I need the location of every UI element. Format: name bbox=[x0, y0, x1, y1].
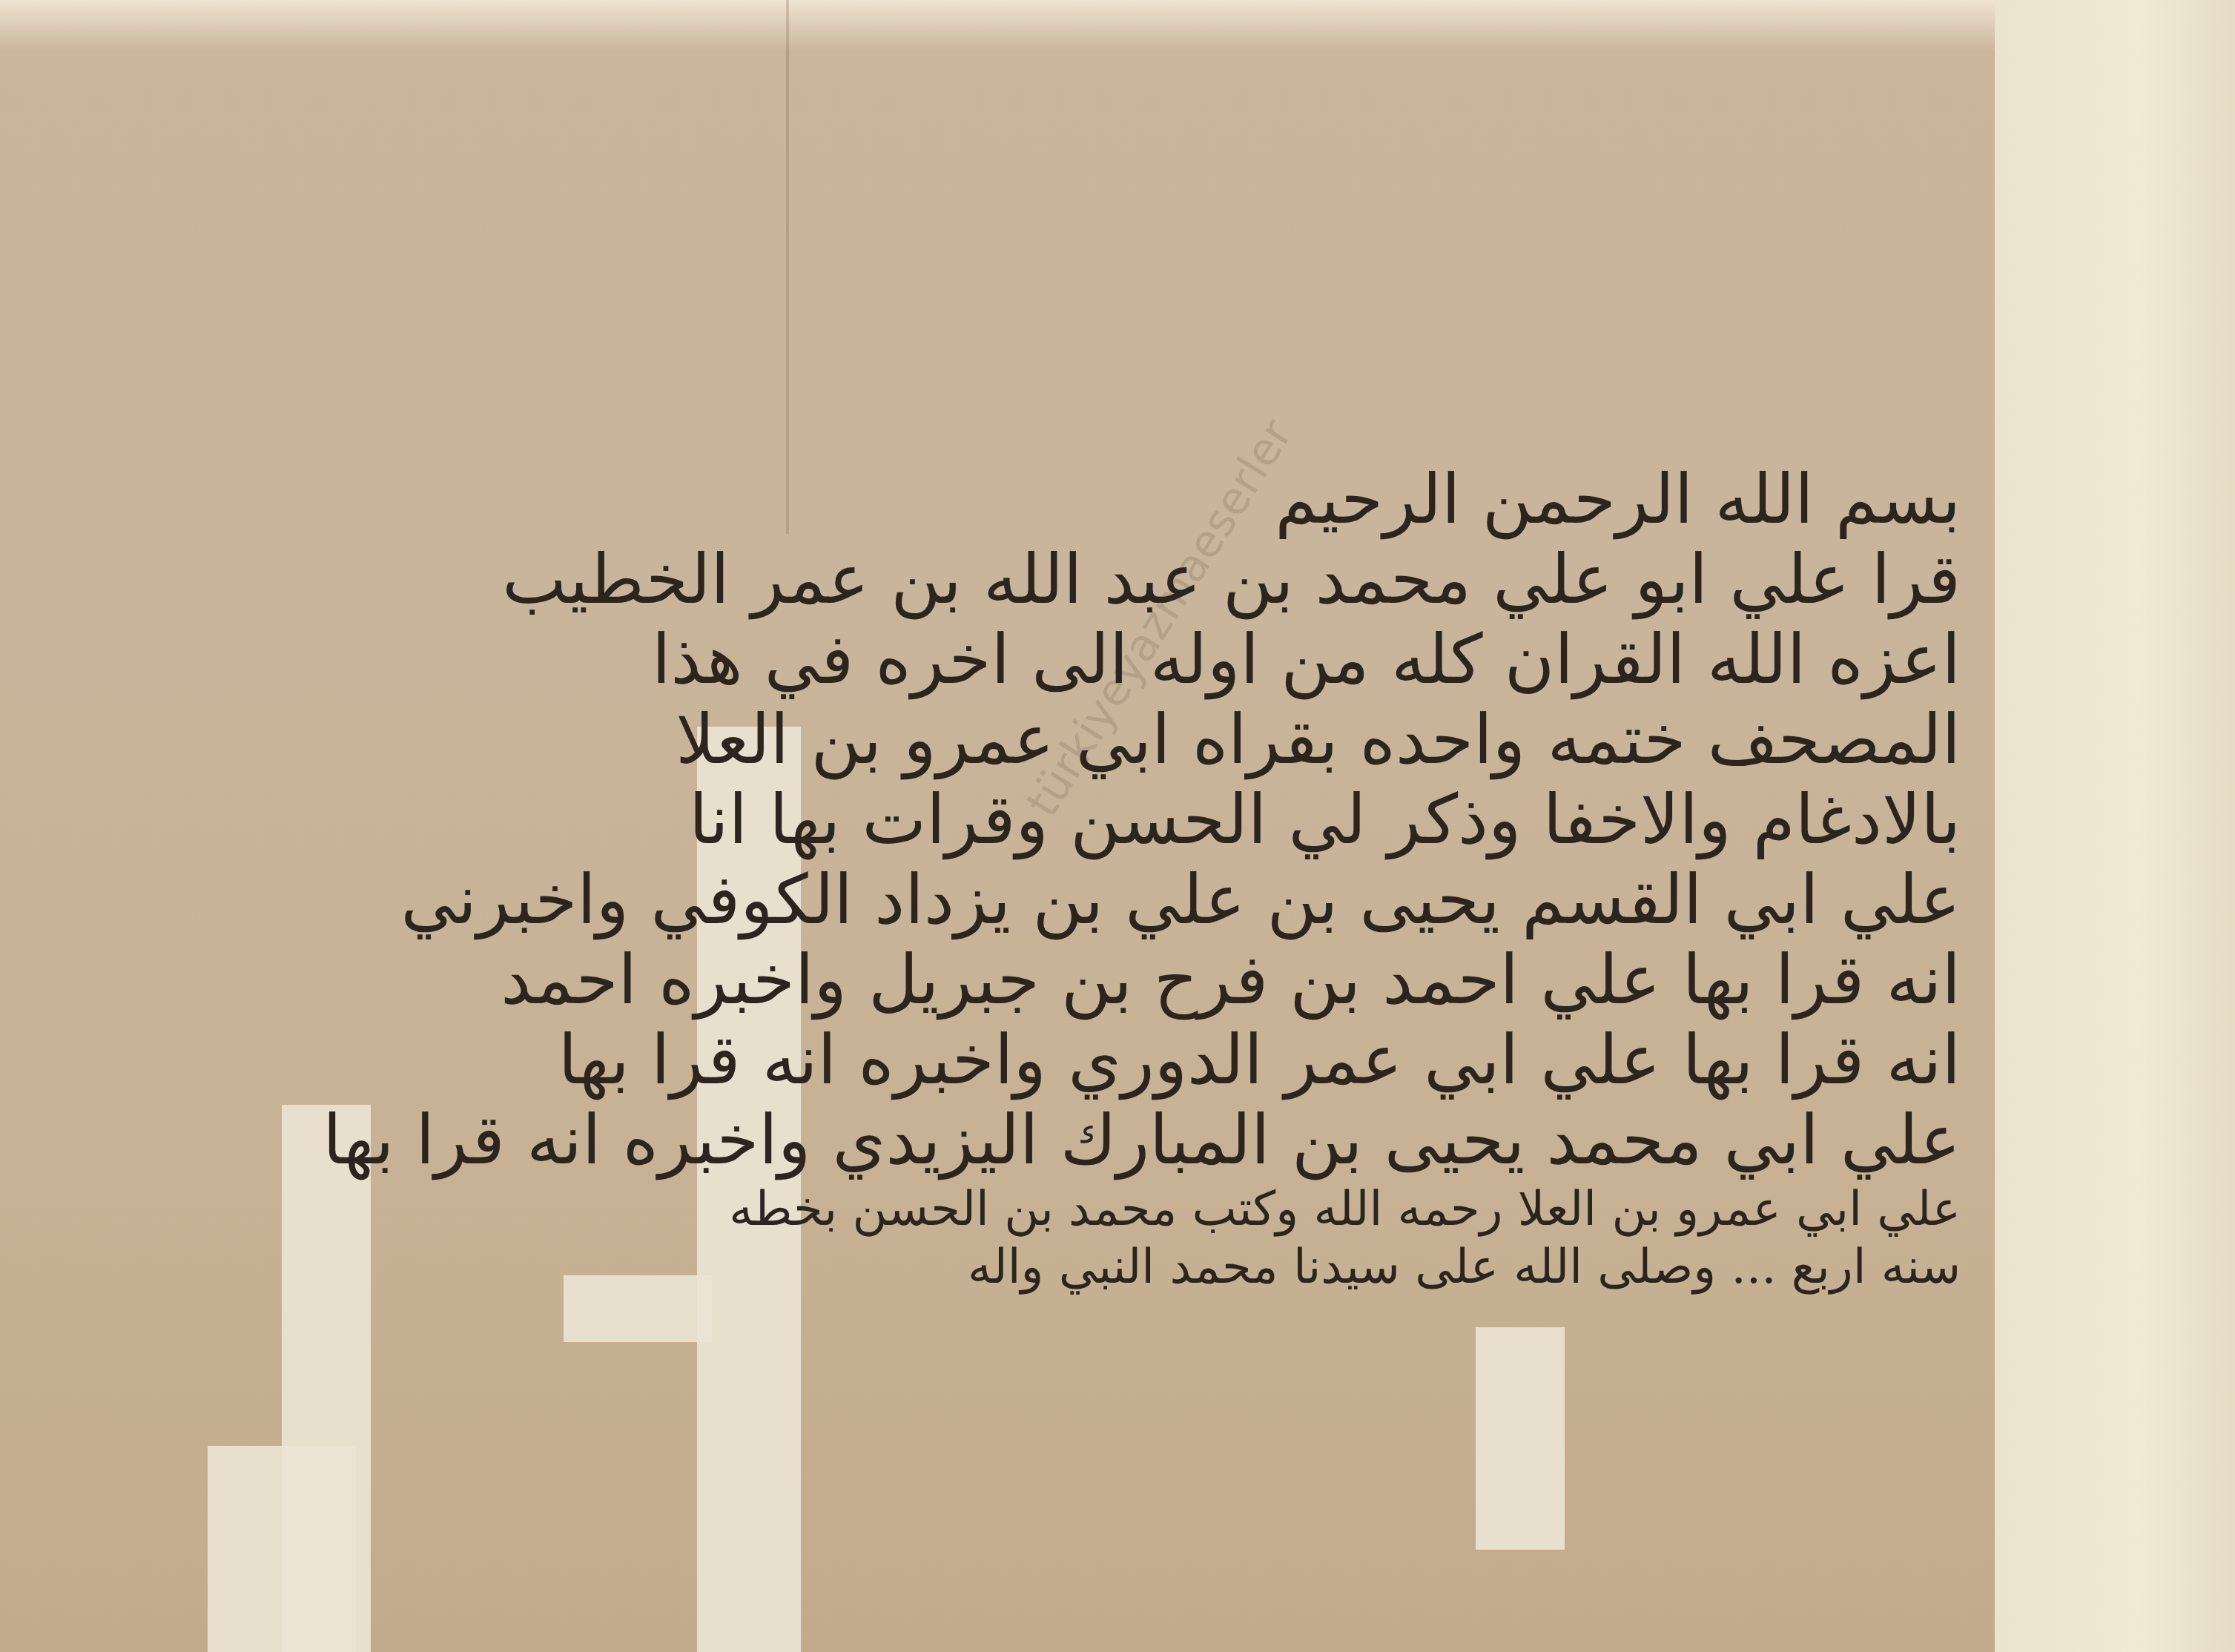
manuscript-text: بسم الله الرحمن الرحيم قرا علي ابو علي م… bbox=[136, 460, 1961, 1296]
text-line: علي ابي عمرو بن العلا رحمه الله وكتب محم… bbox=[136, 1180, 1961, 1238]
text-line: المصحف ختمه واحده بقراه ابي عمرو بن العل… bbox=[136, 700, 1961, 780]
text-line: سنه اربع ... وصلى الله على سيدنا محمد ال… bbox=[136, 1238, 1961, 1296]
text-line: انه قرا بها علي احمد بن فرح بن جبريل واخ… bbox=[136, 940, 1961, 1020]
text-line: بسم الله الرحمن الرحيم bbox=[136, 460, 1961, 540]
text-line: انه قرا بها علي ابي عمر الدوري واخبره ان… bbox=[136, 1020, 1961, 1100]
paper-margin bbox=[1995, 0, 2235, 1652]
text-line: علي ابي القسم يحيى بن علي بن يزداد الكوف… bbox=[136, 860, 1961, 940]
text-line: اعزه الله القران كله من اوله الى اخره في… bbox=[136, 620, 1961, 700]
repair-tape bbox=[1476, 1327, 1565, 1550]
text-line: علي ابي محمد يحيى بن المبارك اليزيدي واخ… bbox=[136, 1100, 1961, 1180]
text-line: بالادغام والاخفا وذكر لي الحسن وقرات بها… bbox=[136, 780, 1961, 860]
repair-tape bbox=[208, 1446, 356, 1652]
fold-crease bbox=[786, 0, 789, 534]
text-line: قرا علي ابو علي محمد بن عبد الله بن عمر … bbox=[136, 540, 1961, 620]
torn-edge bbox=[0, 0, 1995, 52]
